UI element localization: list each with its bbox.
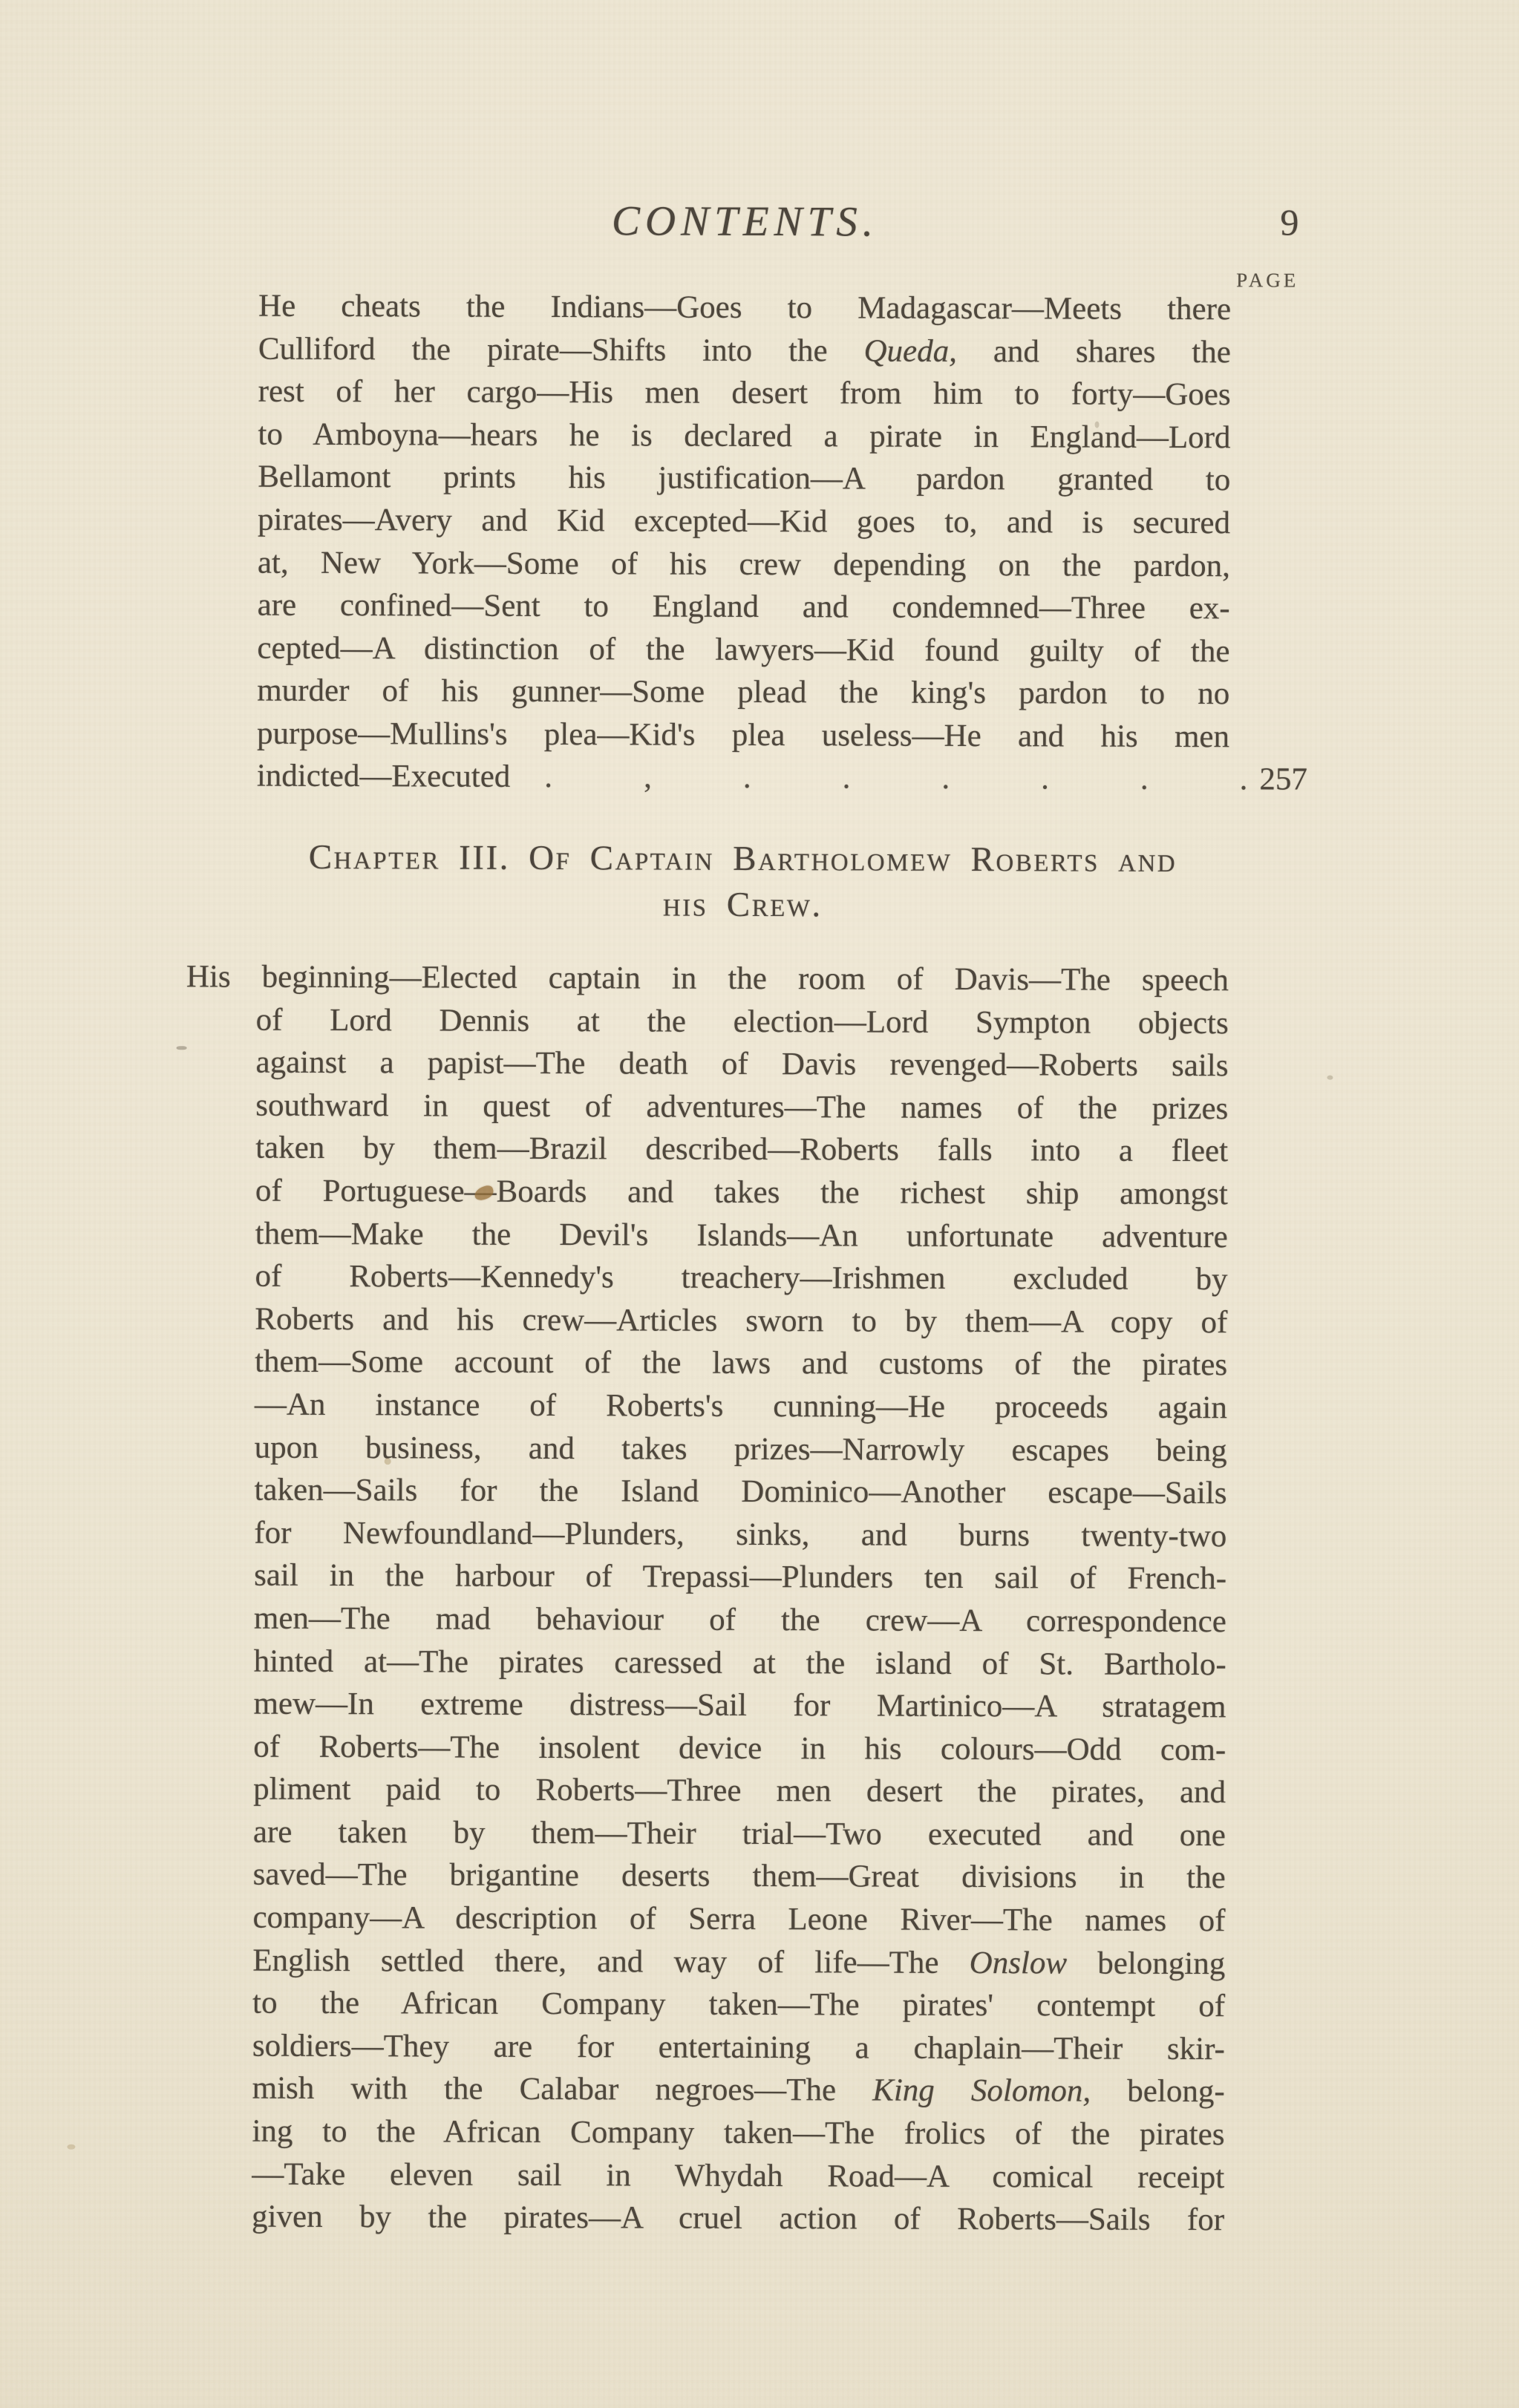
text-line: pliment paid to Roberts—Three men desert… xyxy=(253,1768,1226,1814)
page-ref: 257 xyxy=(1259,758,1307,801)
text-line: at, New York—Some of his crew depending … xyxy=(258,541,1230,587)
text-line: soldiers—They are for entertaining a cha… xyxy=(252,2024,1225,2070)
text-line: murder of his gunner—Some plead the king… xyxy=(257,670,1229,716)
text-line: Bellamont prints his justification—A par… xyxy=(258,456,1230,502)
text-line: pirates—Avery and Kid excepted—Kid goes … xyxy=(258,499,1230,545)
text-line: saved—The brigantine deserts them—Great … xyxy=(253,1854,1226,1900)
text-line: Roberts and his crew—Articles sworn to b… xyxy=(255,1298,1227,1344)
text-line: to the African Company taken—The pirates… xyxy=(252,1982,1225,2028)
running-title: CONTENTS. xyxy=(258,196,1231,248)
text-line: Culliford the pirate—Shifts into the Que… xyxy=(258,327,1231,373)
text-line: of Portuguese—Boards and takes the riche… xyxy=(255,1170,1228,1216)
text-line: of Roberts—The insolent device in his co… xyxy=(253,1725,1226,1771)
toc-final-line-wrap: indicted—Executed . , . . . . . . 257 xyxy=(257,755,1229,801)
text-line: hinted at—The pirates caressed at the is… xyxy=(254,1640,1226,1686)
text-line: rest of her cargo—His men desert from hi… xyxy=(258,370,1231,416)
chapter-heading-line2: his Crew. xyxy=(256,880,1229,930)
paper-speck xyxy=(177,1046,187,1050)
page-column-label: PAGE xyxy=(1236,269,1298,292)
toc-entry-kidd-continuation: He cheats the Indians—Goes to Madagascar… xyxy=(257,285,1231,759)
chapter-heading-line1: Chapter III. Of Captain Bartholomew Robe… xyxy=(256,834,1229,884)
text-line: —Take eleven sail in Whydah Road—A comic… xyxy=(252,2153,1224,2199)
text-line: them—Some account of the laws and custom… xyxy=(255,1341,1227,1387)
text-line: purpose—Mullins's plea—Kid's plea useles… xyxy=(257,713,1229,759)
text-line: given by the pirates—A cruel action of R… xyxy=(252,2196,1224,2242)
toc-entry-roberts: His beginning—Elected captain in the roo… xyxy=(252,956,1229,2242)
text-line: ing to the African Company taken—The fro… xyxy=(252,2110,1224,2156)
text-line: taken by them—Brazil described—Roberts f… xyxy=(255,1127,1228,1173)
text-line: mish with the Calabar negroes—The King S… xyxy=(252,2067,1225,2113)
folio-number: 9 xyxy=(1280,200,1298,243)
text-line: are confined—Sent to England and condemn… xyxy=(258,584,1230,630)
leader-dots: . , . . . . . . xyxy=(544,756,1247,801)
text-line: taken—Sails for the Island Dominico—Anot… xyxy=(254,1469,1226,1515)
text-line: against a papist—The death of Davis reve… xyxy=(255,1041,1228,1087)
toc-final-line: indicted—Executed . , . . . . . . 257 xyxy=(257,755,1307,802)
chapter-heading: Chapter III. Of Captain Bartholomew Robe… xyxy=(256,834,1229,930)
paper-speck xyxy=(1327,1076,1333,1080)
text-line: sail in the harbour of Trepassi—Plunders… xyxy=(254,1554,1226,1600)
book-page: CONTENTS. 9 PAGE He cheats the Indians—G… xyxy=(0,0,1519,2408)
entry-text: indicted—Executed xyxy=(257,755,511,799)
paper-speck xyxy=(67,2144,75,2150)
text-line: He cheats the Indians—Goes to Madagascar… xyxy=(258,285,1231,331)
text-line: them—Make the Devil's Islands—An unfortu… xyxy=(255,1212,1228,1258)
text-line: of Lord Dennis at the election—Lord Symp… xyxy=(256,998,1229,1044)
text-line: upon business, and takes prizes—Narrowly… xyxy=(255,1426,1227,1472)
text-line: mew—In extreme distress—Sail for Martini… xyxy=(253,1683,1226,1729)
text-line: His beginning—Elected captain in the roo… xyxy=(186,955,1229,1001)
text-line: are taken by them—Their trial—Two execut… xyxy=(253,1811,1226,1857)
text-line: for Newfoundland—Plunders, sinks, and bu… xyxy=(254,1511,1226,1557)
text-line: men—The mad behaviour of the crew—A corr… xyxy=(254,1597,1226,1643)
text-line: —An instance of Roberts's cunning—He pro… xyxy=(255,1384,1227,1430)
text-line: of Roberts—Kennedy's treachery—Irishmen … xyxy=(255,1255,1227,1301)
page-content: CONTENTS. 9 PAGE He cheats the Indians—G… xyxy=(0,0,1519,2408)
text-line: cepted—A distinction of the lawyers—Kid … xyxy=(257,626,1229,673)
text-line: southward in quest of adventures—The nam… xyxy=(255,1084,1228,1130)
text-line: to Amboyna—hears he is declared a pirate… xyxy=(258,413,1230,459)
text-line: English settled there, and way of life—T… xyxy=(252,1939,1225,1985)
text-line: company—A description of Serra Leone Riv… xyxy=(252,1897,1225,1943)
